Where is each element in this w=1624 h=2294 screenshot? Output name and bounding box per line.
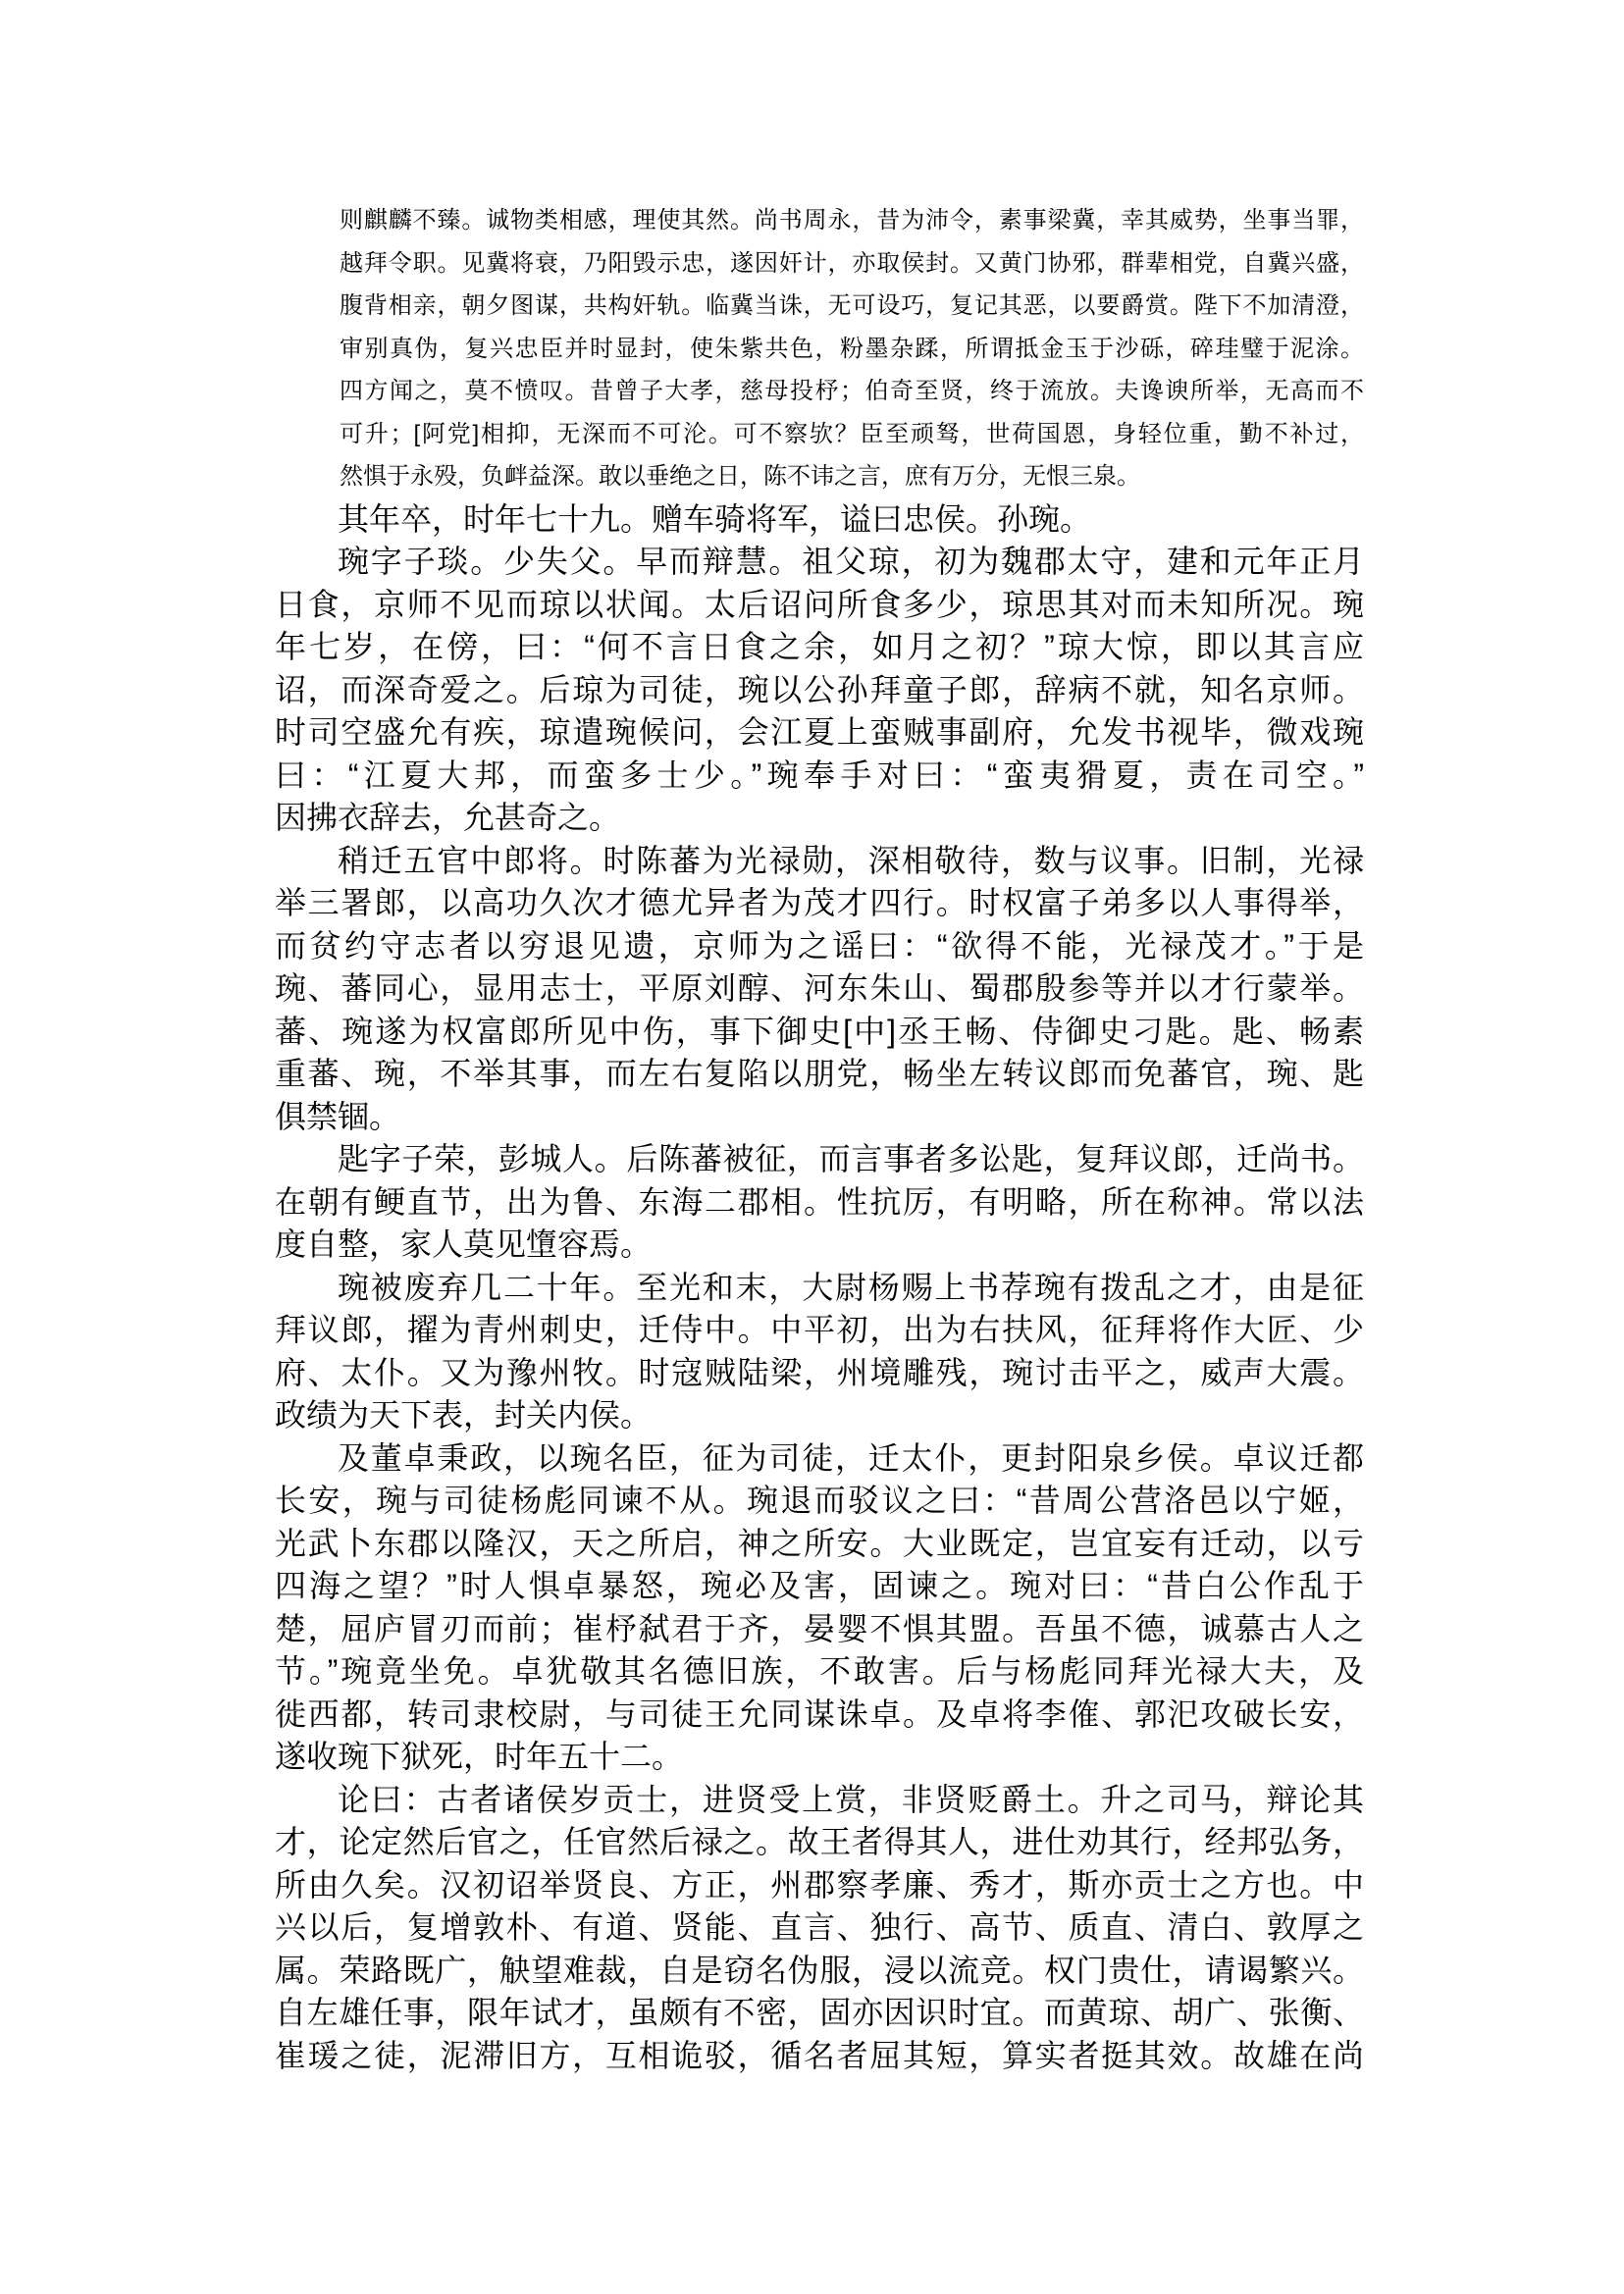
body-line: 曰：“江夏大邦，而蛮多士少。”琬奉手对曰：“蛮夷猾夏，责在司空。” (275, 755, 1364, 798)
memorial-quote-block: 则麒麟不臻。诚物类相感，理使其然。尚书周永，昔为沛令，素事梁冀，幸其威势，坐事当… (340, 199, 1364, 498)
body-line: 日食，京师不见而琼以状闻。太后诏问所食多少，琼思其对而未知所况。琬 (275, 584, 1364, 627)
body-line: 琬、蕃同心，显用志士，平原刘醇、河东朱山、蜀郡殷参等并以才行蒙举。 (275, 967, 1364, 1011)
page-content: 则麒麟不臻。诚物类相感，理使其然。尚书周永，昔为沛令，素事梁冀，幸其威势，坐事当… (275, 199, 1364, 2077)
body-line: 自左雄任事，限年试才，虽颇有不密，固亦因识时宜。而黄琼、胡广、张衡、 (275, 1992, 1364, 2035)
quote-line: 审别真伪，复兴忠臣并时显封，使朱紫共色，粉墨杂蹂，所谓抵金玉于沙砾，碎珪璧于泥涂… (340, 328, 1364, 371)
quote-line: 越拜令职。见冀将衰，乃阳毁示忠，遂因奸计，亦取侯封。又黄门协邪，群辈相党，自冀兴… (340, 242, 1364, 286)
quote-line: 腹背相亲，朝夕图谋，共构奸轨。临冀当诛，无可设巧，复记其恶，以要爵赏。陛下不加清… (340, 285, 1364, 328)
body-line: 蕃、琬遂为权富郎所见中伤，事下御史[中]丞王畅、侍御史刁匙。匙、畅素 (275, 1011, 1364, 1054)
body-line: 光武卜东郡以隆汉，天之所启，神之所安。大业既定，岂宜妄有迁动，以亏 (275, 1523, 1364, 1566)
body-line: 琬字子琰。少失父。早而辩慧。祖父琼，初为魏郡太守，建和元年正月 (275, 541, 1364, 584)
document-page: 则麒麟不臻。诚物类相感，理使其然。尚书周永，昔为沛令，素事梁冀，幸其威势，坐事当… (0, 0, 1624, 2294)
body-line: 所由久矣。汉初诏举贤良、方正，州郡察孝廉、秀才，斯亦贡士之方也。中 (275, 1864, 1364, 1907)
body-line: 遂收琬下狱死，时年五十二。 (275, 1736, 1364, 1779)
body-line: 楚，屈庐冒刃而前；崔杼弑君于齐，晏婴不惧其盟。吾虽不德，诚慕古人之 (275, 1608, 1364, 1651)
body-line: 俱禁锢。 (275, 1096, 1364, 1139)
body-line: 四海之望？”时人惧卓暴怒，琬必及害，固谏之。琬对曰：“昔白公作乱于 (275, 1565, 1364, 1608)
body-line: 稍迁五官中郎将。时陈蕃为光禄勋，深相敬待，数与议事。旧制，光禄 (275, 840, 1364, 883)
body-line: 匙字子荣，彭城人。后陈蕃被征，而言事者多讼匙，复拜议郎，迁尚书。 (275, 1138, 1364, 1181)
quote-line: 然惧于永殁，负衅益深。敢以垂绝之日，陈不讳之言，庶有万分，无恨三泉。 (340, 455, 1364, 498)
body-line: 拜议郎，擢为青州刺史，迁侍中。中平初，出为右扶风，征拜将作大匠、少 (275, 1309, 1364, 1352)
body-line: 其年卒，时年七十九。赠车骑将军，谥曰忠侯。孙琬。 (275, 498, 1364, 542)
body-line: 度自整，家人莫见墯容焉。 (275, 1224, 1364, 1267)
body-line: 徙西都，转司隶校尉，与司徒王允同谋诛卓。及卓将李傕、郭汜攻破长安， (275, 1694, 1364, 1737)
body-line: 才，论定然后官之，任官然后禄之。故王者得其人，进仕劝其行，经邦弘务， (275, 1821, 1364, 1864)
quote-line: 四方闻之，莫不愤叹。昔曾子大孝，慈母投杼；伯奇至贤，终于流放。夫谗谀所举，无高而… (340, 370, 1364, 413)
body-line: 府、太仆。又为豫州牧。时寇贼陆梁，州境雕残，琬讨击平之，威声大震。 (275, 1352, 1364, 1395)
body-line: 时司空盛允有疾，琼遣琬候问，会江夏上蛮贼事副府，允发书视毕，微戏琬 (275, 711, 1364, 755)
body-line: 而贫约守志者以穷退见遗，京师为之谣曰：“欲得不能，光禄茂才。”于是 (275, 925, 1364, 968)
quote-line: 则麒麟不臻。诚物类相感，理使其然。尚书周永，昔为沛令，素事梁冀，幸其威势，坐事当… (340, 199, 1364, 242)
quote-line: 可升；[阿党]相抑，无深而不可沦。可不察欤？臣至顽驽，世荷国恩，身轻位重，勤不补… (340, 413, 1364, 456)
body-line: 诏，而深奇爱之。后琼为司徒，琬以公孙拜童子郎，辞病不就，知名京师。 (275, 669, 1364, 712)
body-line: 举三署郎，以高功久次才德尤异者为茂才四行。时权富子弟多以人事得举， (275, 882, 1364, 925)
body-line: 因拂衣辞去，允甚奇之。 (275, 797, 1364, 840)
body-line: 兴以后，复增敦朴、有道、贤能、直言、独行、高节、质直、清白、敦厚之 (275, 1906, 1364, 1950)
body-line: 节。”琬竟坐免。卓犹敬其名德旧族，不敢害。后与杨彪同拜光禄大夫，及 (275, 1650, 1364, 1694)
body-line: 政绩为天下表，封关内侯。 (275, 1394, 1364, 1437)
body-line: 长安，琬与司徒杨彪同谏不从。琬退而驳议之曰：“昔周公营洛邑以宁姬， (275, 1480, 1364, 1523)
body-line: 属。荣路既广，觖望难裁，自是窃名伪服，浸以流竞。权门贵仕，请谒繁兴。 (275, 1950, 1364, 1993)
body-line: 及董卓秉政，以琬名臣，征为司徒，迁太仆，更封阳泉乡侯。卓议迁都 (275, 1437, 1364, 1481)
body-line: 在朝有鲠直节，出为鲁、东海二郡相。性抗厉，有明略，所在称神。常以法 (275, 1181, 1364, 1225)
biography-text: 其年卒，时年七十九。赠车骑将军，谥曰忠侯。孙琬。 琬字子琰。少失父。早而辩慧。祖… (275, 498, 1364, 2078)
body-line: 年七岁，在傍，曰：“何不言日食之余，如月之初？”琼大惊，即以其言应 (275, 626, 1364, 669)
body-line: 重蕃、琬，不举其事，而左右复陷以朋党，畅坐左转议郎而免蕃官，琬、匙 (275, 1053, 1364, 1096)
body-line: 琬被废弃几二十年。至光和末，大尉杨赐上书荐琬有拨乱之才，由是征 (275, 1267, 1364, 1310)
body-line: 论曰：古者诸侯岁贡士，进贤受上赏，非贤贬爵土。升之司马，辩论其 (275, 1779, 1364, 1822)
body-line: 崔瑗之徒，泥滞旧方，互相诡驳，循名者屈其短，算实者挺其效。故雄在尚 (275, 2035, 1364, 2078)
